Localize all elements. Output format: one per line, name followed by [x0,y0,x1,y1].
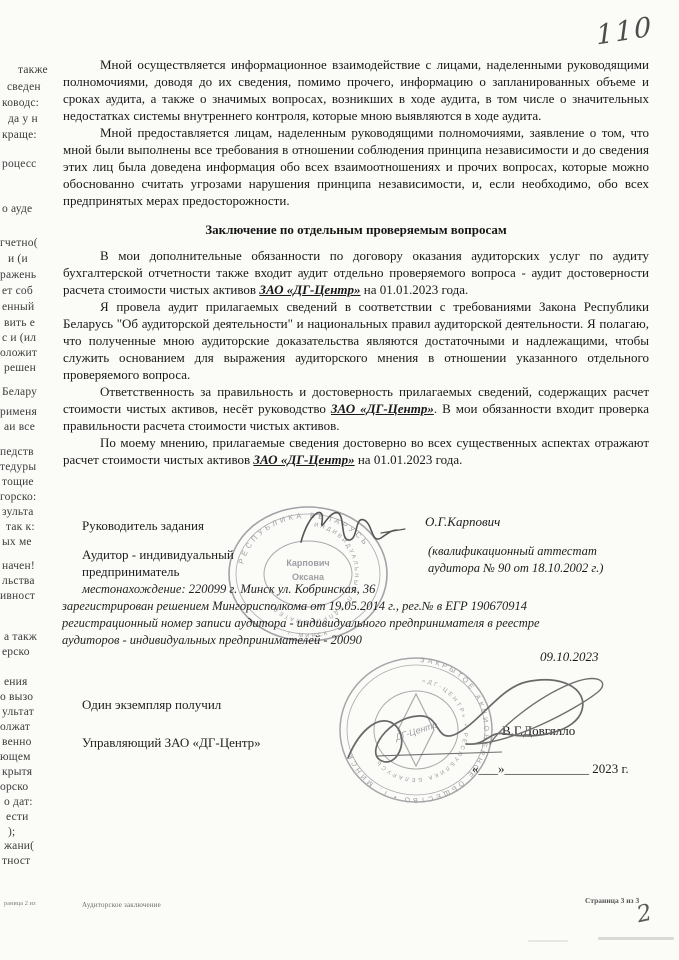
auditor-name: О.Г.Карпович [425,513,500,530]
registration-detail-line: аудиторов - индивидуальных предпринимате… [62,632,648,649]
company-name-emphasis: ЗАО «ДГ-Центр» [253,452,354,467]
left-edge-fragment: также [18,64,48,76]
left-edge-fragment: тощие [2,476,34,488]
left-edge-fragment: ультат [2,706,34,718]
paragraph-text: Мной предоставляется лицам, наделенным р… [63,125,649,208]
left-edge-fragment: роцесс [2,158,36,170]
left-edge-fragment: ивност [0,590,35,602]
paragraphs-before-heading: Мной осуществляется информационное взаим… [63,56,649,209]
paragraph-text: Мной осуществляется информационное взаим… [63,57,649,123]
section-heading: Заключение по отдельным проверяемым вопр… [63,221,649,238]
left-edge-fragment: ых ме [2,536,32,548]
body-paragraph: Мной осуществляется информационное взаим… [63,56,649,124]
left-edge-fragment: о вызо [0,691,33,703]
body-paragraph: Я провела аудит прилагаемых сведений в с… [63,298,649,383]
body-paragraph: Ответственность за правильность и достов… [63,383,649,434]
left-edge-fragment: с и (ил [2,332,36,344]
left-edge-fragment: енный [2,301,34,313]
left-edge-fragment: горско: [0,491,36,503]
left-edge-fragment: олжат [0,721,30,733]
manager-title: Управляющий ЗАО «ДГ-Центр» [82,734,261,751]
registration-details: местонахождение: 220099 г. Минск ул. Коб… [62,581,648,649]
scan-smudge [528,940,568,942]
left-edge-fragment: Белару [2,386,37,398]
body-paragraph: По моему мнению, прилагаемые сведения до… [63,434,649,468]
qualification-certificate: (квалификационный аттестат аудитора № 90… [428,543,638,577]
document-body: Мной осуществляется информационное взаим… [63,56,649,468]
company-name-emphasis: ЗАО «ДГ-Центр» [331,401,434,416]
paragraph-text: на 01.01.2023 года. [361,282,469,297]
role-task-leader: Руководитель задания [82,517,204,534]
manager-signature [330,648,620,808]
left-edge-fragment: начен! [2,560,35,572]
left-edge-fragment: вить е [4,317,35,329]
left-edge-fragment: оложит [0,347,37,359]
left-edge-fragment: тност [2,855,30,867]
left-edge-fragment: ющем [0,751,31,763]
left-edge-fragment: крытя [2,766,32,778]
registration-detail-line: местонахождение: 220099 г. Минск ул. Коб… [62,581,648,598]
left-edge-fragment: льства [2,575,35,587]
registration-detail-line: зарегистрирован решением Мингорисполкома… [62,598,648,615]
left-edge-fragment: педств [0,446,34,458]
scanned-audit-document-page: 110 такжесведенководс:да у нкраще:роцесс… [0,0,679,960]
left-edge-fragment: ет соб [2,285,33,297]
body-paragraph: В мои дополнительные обязанности по дого… [63,247,649,298]
registration-detail-line: регистрационный номер записи аудитора - … [62,615,648,632]
left-edge-fragment: и (и [8,253,28,265]
left-edge-fragment: ководс: [2,97,39,109]
left-edge-fragment: гчетно( [0,237,38,249]
handwritten-corner-mark: 2 [634,900,654,928]
copy-received-label: Один экземпляр получил [82,696,221,713]
left-edge-fragment: так к: [6,521,35,533]
left-edge-fragment: ести [6,811,28,823]
left-edge-fragment: венно [2,736,32,748]
left-edge-fragment: тедуры [0,461,36,473]
left-edge-fragment: о дат: [4,796,33,808]
company-name-emphasis: ЗАО «ДГ-Центр» [259,282,360,297]
left-edge-fragment: ерско [2,646,30,658]
left-edge-fragment: да у н [8,113,38,125]
left-edge-fragment: решен [4,362,36,374]
role-auditor-entrepreneur: Аудитор - индивидуальный предприниматель [82,546,252,580]
footer-page-indicator: Страница 3 из 3 [585,896,639,905]
footer-document-type: Аудиторское заключение [82,901,161,909]
scan-smudge [598,937,674,940]
left-edge-fragment: а такж [4,631,37,643]
left-edge-fragment: зульта [2,506,34,518]
left-edge-fragment: о ауде [2,203,32,215]
left-edge-fragment: орско [0,781,28,793]
paragraph-text: на 01.01.2023 года. [355,452,463,467]
left-edge-fragment: рименя [0,406,37,418]
left-edge-fragment: ения [4,676,28,688]
left-edge-fragment: сведен [7,81,41,93]
left-edge-fragment: ); [8,826,15,838]
paragraph-text: Я провела аудит прилагаемых сведений в с… [63,299,649,382]
left-edge-page-fragments: такжесведенководс:да у нкраще:роцессо ау… [0,0,58,960]
left-edge-fragment: ражень [0,269,36,281]
paragraphs-after-heading: В мои дополнительные обязанности по дого… [63,247,649,468]
handwritten-page-number: 110 [596,11,654,51]
auditor-signature [293,500,408,560]
left-edge-fragment: раница 2 из [4,901,36,907]
body-paragraph: Мной предоставляется лицам, наделенным р… [63,124,649,209]
left-edge-fragment: краще: [2,129,37,141]
left-edge-fragment: аи все [4,421,35,433]
left-edge-fragment: жани( [4,840,34,852]
